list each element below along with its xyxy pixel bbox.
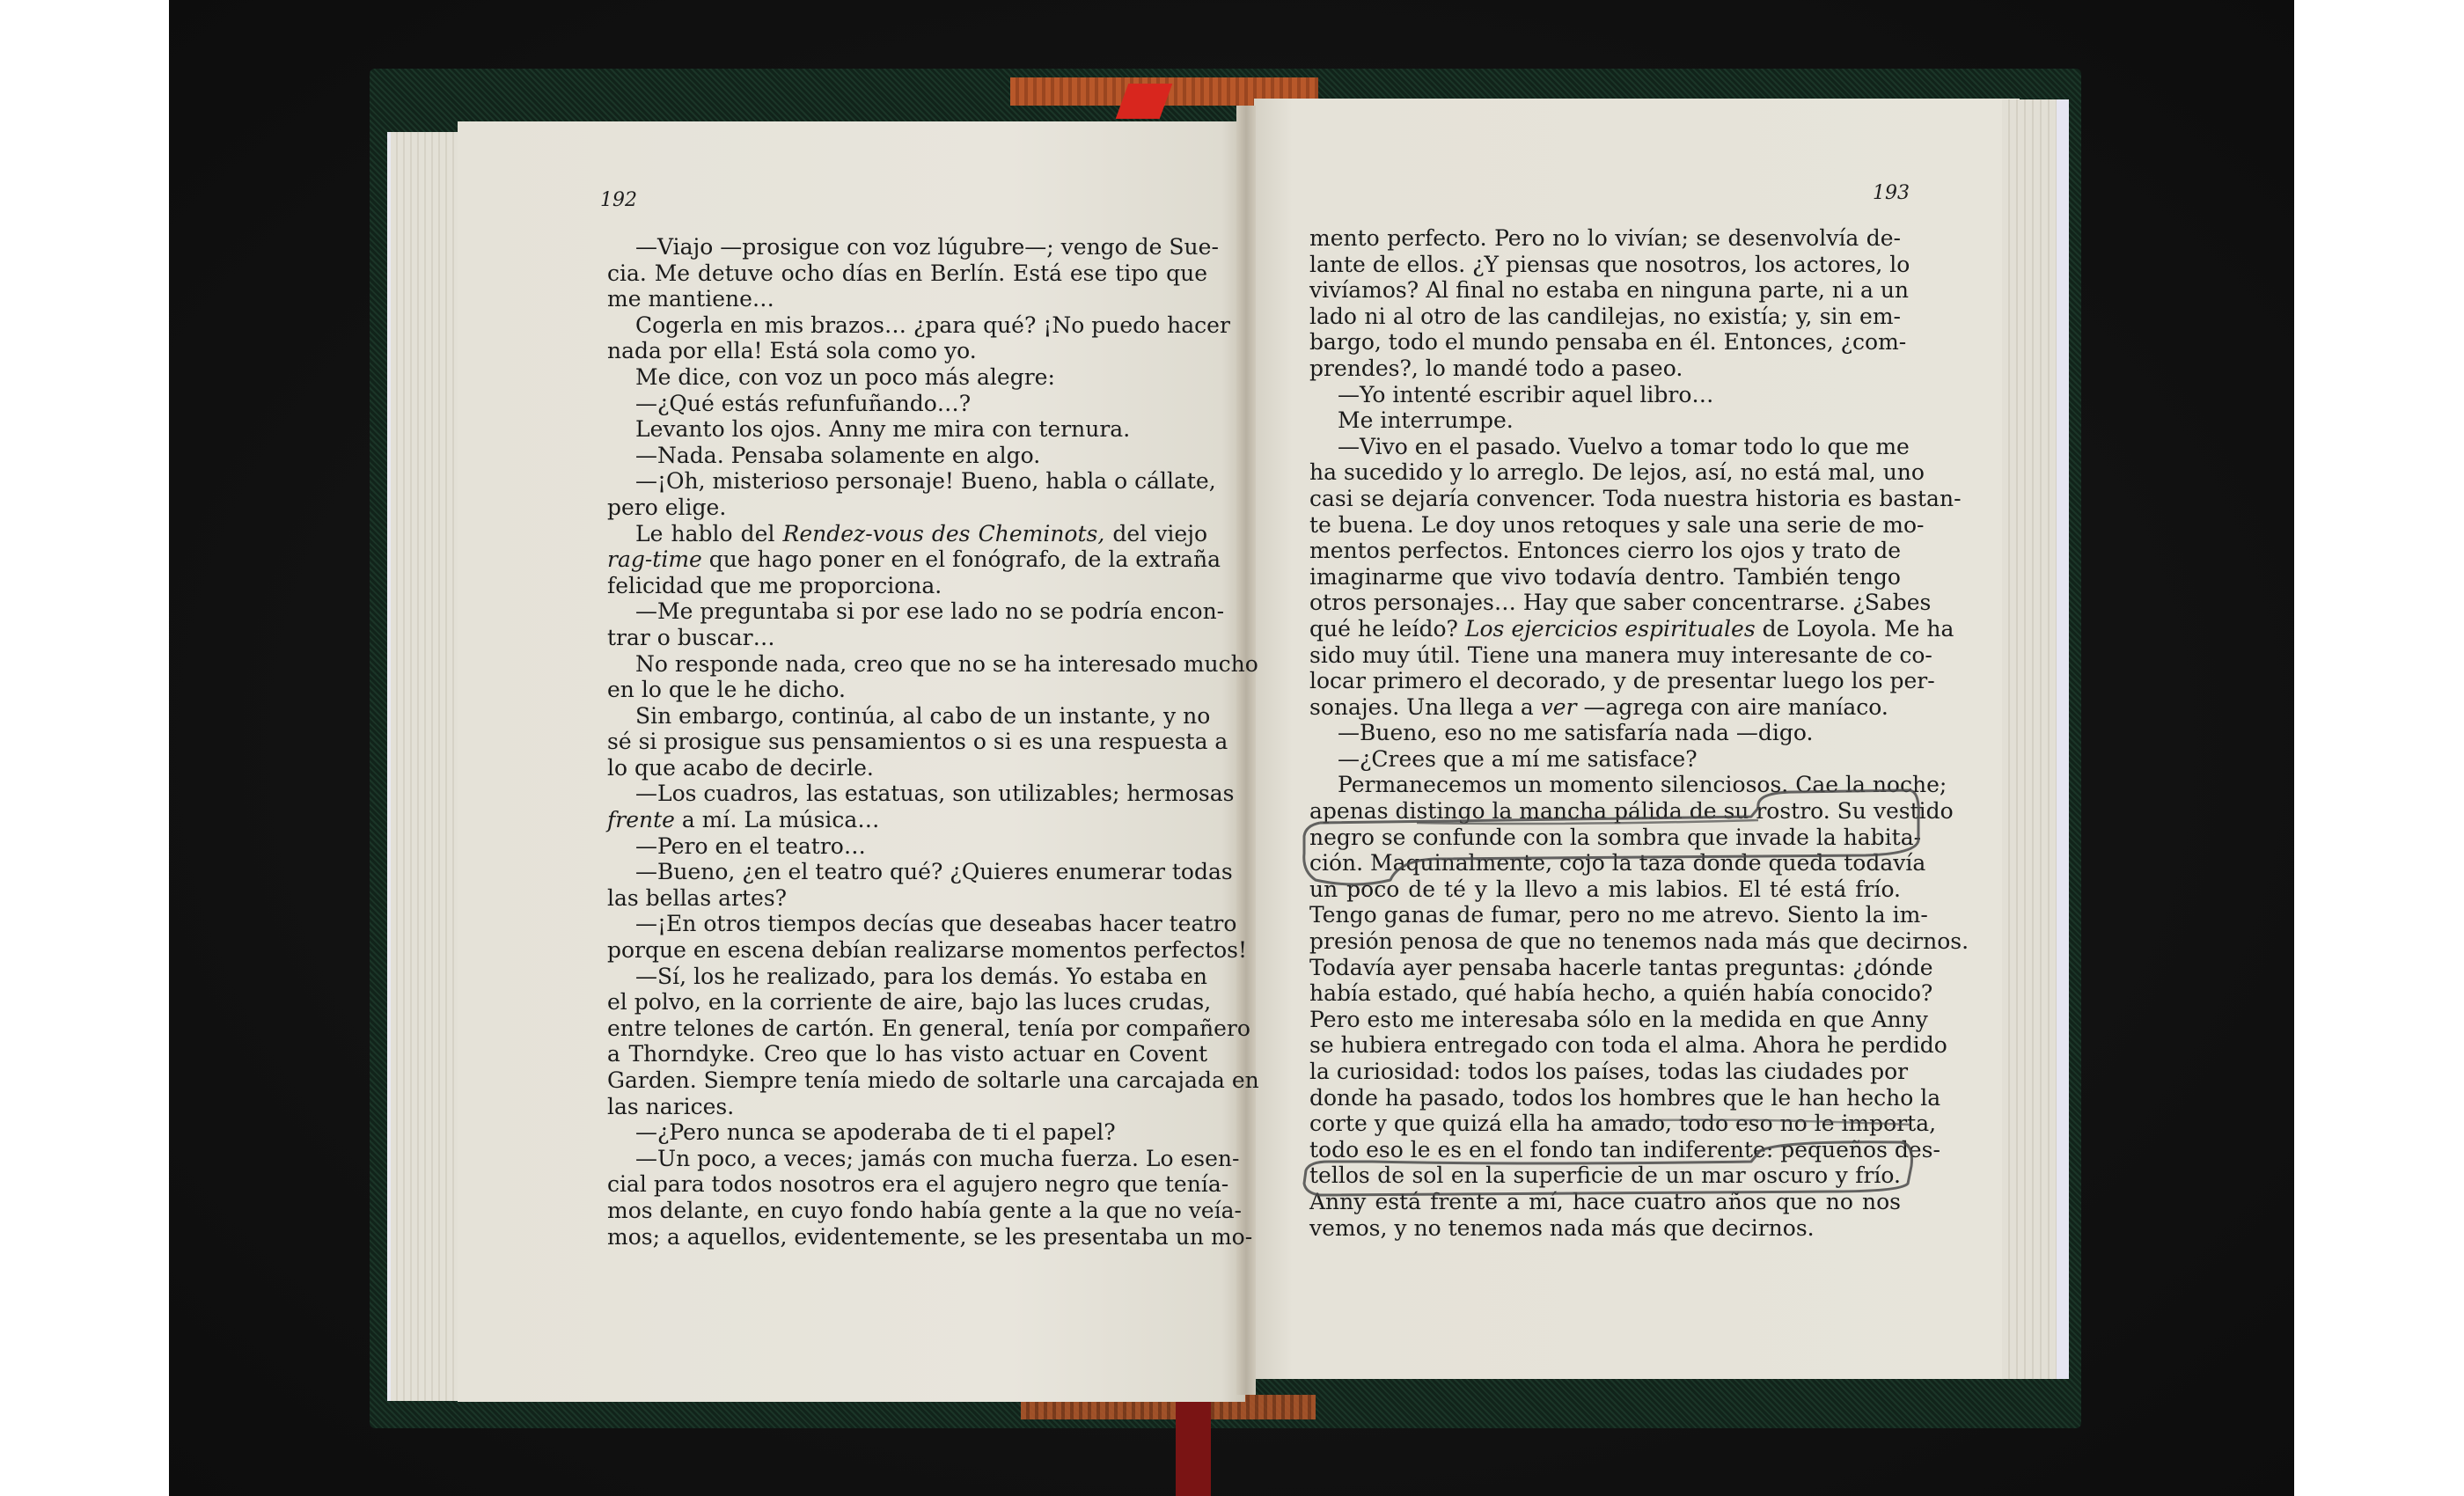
text-line: Pero esto me interesaba sólo en la medid…: [1309, 1007, 1901, 1033]
text-line: vivíamos? Al final no estaba en ninguna …: [1309, 277, 1901, 304]
text-line: te buena. Le doy unos retoques y sale un…: [1309, 512, 1901, 539]
text-line: Levanto los ojos. Anny me mira con ternu…: [607, 416, 1207, 443]
text-line: nada por ella! Está sola como yo.: [607, 338, 1207, 364]
text-line: lante de ellos. ¿Y piensas que nosotros,…: [1309, 252, 1901, 278]
text-line: en lo que le he dicho.: [607, 677, 1207, 703]
text-line: lo que acabo de decirle.: [607, 755, 1207, 781]
text-line: lado ni al otro de las candilejas, no ex…: [1309, 304, 1901, 330]
left-page-number: 192: [600, 189, 637, 211]
text-line: —Nada. Pensaba solamente en algo.: [607, 443, 1207, 469]
text-line: corte y que quizá ella ha amado, todo es…: [1309, 1111, 1901, 1137]
text-line: cia. Me detuve ocho días en Berlín. Está…: [607, 260, 1207, 287]
text-line: mos delante, en cuyo fondo había gente a…: [607, 1198, 1207, 1224]
text-line: entre telones de cartón. En general, ten…: [607, 1016, 1207, 1042]
text-line: porque en escena debían realizarse momen…: [607, 937, 1207, 964]
text-line: mento perfecto. Pero no lo vivían; se de…: [1309, 225, 1901, 252]
text-line: presión penosa de que no tenemos nada má…: [1309, 928, 1901, 955]
text-line: No responde nada, creo que no se ha inte…: [607, 651, 1207, 678]
text-line: tellos de sol en la superficie de un mar…: [1309, 1162, 1901, 1189]
text-line: apenas distingo la mancha pálida de su r…: [1309, 798, 1901, 825]
text-line: pero elige.: [607, 495, 1207, 521]
text-line: Me dice, con voz un poco más alegre:: [607, 364, 1207, 391]
text-line: —¿Crees que a mí me satisface?: [1309, 746, 1901, 773]
text-line: mentos perfectos. Entonces cierro los oj…: [1309, 538, 1901, 564]
right-page-text: mento perfecto. Pero no lo vivían; se de…: [1309, 225, 1901, 1241]
text-line: Anny está frente a mí, hace cuatro años …: [1309, 1189, 1901, 1215]
text-line: —Yo intenté escribir aquel libro…: [1309, 382, 1901, 408]
text-line: imaginarme que vivo todavía dentro. Tamb…: [1309, 564, 1901, 590]
text-line: —Los cuadros, las estatuas, son utilizab…: [607, 781, 1207, 807]
text-line: Le hablo del Rendez-vous des Cheminots, …: [607, 521, 1207, 547]
text-line: el polvo, en la corriente de aire, bajo …: [607, 989, 1207, 1016]
text-line: a Thorndyke. Creo que lo has visto actua…: [607, 1041, 1207, 1067]
text-line: sé si prosigue sus pensamientos o si es …: [607, 729, 1207, 755]
text-line: —Sí, los he realizado, para los demás. Y…: [607, 964, 1207, 990]
text-line: —Viajo —prosigue con voz lúgubre—; vengo…: [607, 234, 1207, 260]
text-line: Garden. Siempre tenía miedo de soltarle …: [607, 1067, 1207, 1094]
text-line: —¿Qué estás refunfuñando…?: [607, 391, 1207, 417]
text-line: las bellas artes?: [607, 885, 1207, 912]
text-line: sido muy útil. Tiene una manera muy inte…: [1309, 642, 1901, 669]
right-page-number: 193: [1873, 182, 1910, 204]
text-line: prendes?, lo mandé todo a paseo.: [1309, 356, 1901, 382]
text-line: cial para todos nosotros era el agujero …: [607, 1171, 1207, 1198]
text-line: donde ha pasado, todos los hombres que l…: [1309, 1085, 1901, 1111]
text-line: trar o buscar…: [607, 625, 1207, 651]
text-line: —¡En otros tiempos decías que deseabas h…: [607, 911, 1207, 937]
text-line: Todavía ayer pensaba hacerle tantas preg…: [1309, 955, 1901, 981]
text-line: —Vivo en el pasado. Vuelvo a tomar todo …: [1309, 434, 1901, 460]
text-line: otros personajes… Hay que saber concentr…: [1309, 590, 1901, 616]
text-line: —Me preguntaba si por ese lado no se pod…: [607, 598, 1207, 625]
text-line: todo eso le es en el fondo tan indiferen…: [1309, 1137, 1901, 1163]
text-line: se hubiera entregado con toda el alma. A…: [1309, 1032, 1901, 1059]
text-line: vemos, y no tenemos nada más que decirno…: [1309, 1215, 1901, 1242]
text-line: felicidad que me proporciona.: [607, 573, 1207, 599]
text-line: negro se confunde con la sombra que inva…: [1309, 825, 1901, 851]
text-line: Me interrumpe.: [1309, 407, 1901, 434]
left-page-text: —Viajo —prosigue con voz lúgubre—; vengo…: [607, 234, 1207, 1250]
text-line: qué he leído? Los ejercicios espirituale…: [1309, 616, 1901, 642]
text-line: ha sucedido y lo arreglo. De lejos, así,…: [1309, 459, 1901, 486]
right-page-stack: [2002, 99, 2069, 1379]
text-line: Sin embargo, continúa, al cabo de un ins…: [607, 703, 1207, 730]
text-line: casi se dejaría convencer. Toda nuestra …: [1309, 486, 1901, 512]
text-line: —¡Oh, misterioso personaje! Bueno, habla…: [607, 468, 1207, 495]
text-line: frente a mí. La música…: [607, 807, 1207, 833]
text-line: me mantiene…: [607, 286, 1207, 312]
text-line: bargo, todo el mundo pensaba en él. Ento…: [1309, 329, 1901, 356]
text-line: sonajes. Una llega a ver —agrega con air…: [1309, 694, 1901, 721]
bookmark-ribbon[interactable]: [1176, 1395, 1211, 1496]
text-line: —Pero en el teatro…: [607, 833, 1207, 860]
text-line: la curiosidad: todos los países, todas l…: [1309, 1059, 1901, 1085]
text-line: —¿Pero nunca se apoderaba de ti el papel…: [607, 1119, 1207, 1146]
text-line: mos; a aquellos, evidentemente, se les p…: [607, 1224, 1207, 1250]
text-line: las narices.: [607, 1094, 1207, 1120]
text-line: un poco de té y la llevo a mis labios. E…: [1309, 876, 1901, 903]
text-line: —Un poco, a veces; jamás con mucha fuerz…: [607, 1146, 1207, 1172]
text-line: locar primero el decorado, y de presenta…: [1309, 668, 1901, 694]
text-line: —Bueno, ¿en el teatro qué? ¿Quieres enum…: [607, 859, 1207, 885]
text-line: Cogerla en mis brazos… ¿para qué? ¡No pu…: [607, 312, 1207, 339]
text-line: Tengo ganas de fumar, pero no me atrevo.…: [1309, 902, 1901, 928]
text-line: —Bueno, eso no me satisfaría nada —digo.: [1309, 720, 1901, 746]
text-line: ción. Maquinalmente, cojo la taza donde …: [1309, 850, 1901, 876]
text-line: Permanecemos un momento silenciosos. Cae…: [1309, 772, 1901, 798]
text-line: había estado, qué había hecho, a quién h…: [1309, 980, 1901, 1007]
text-line: rag-time que hago poner en el fonógrafo,…: [607, 546, 1207, 573]
